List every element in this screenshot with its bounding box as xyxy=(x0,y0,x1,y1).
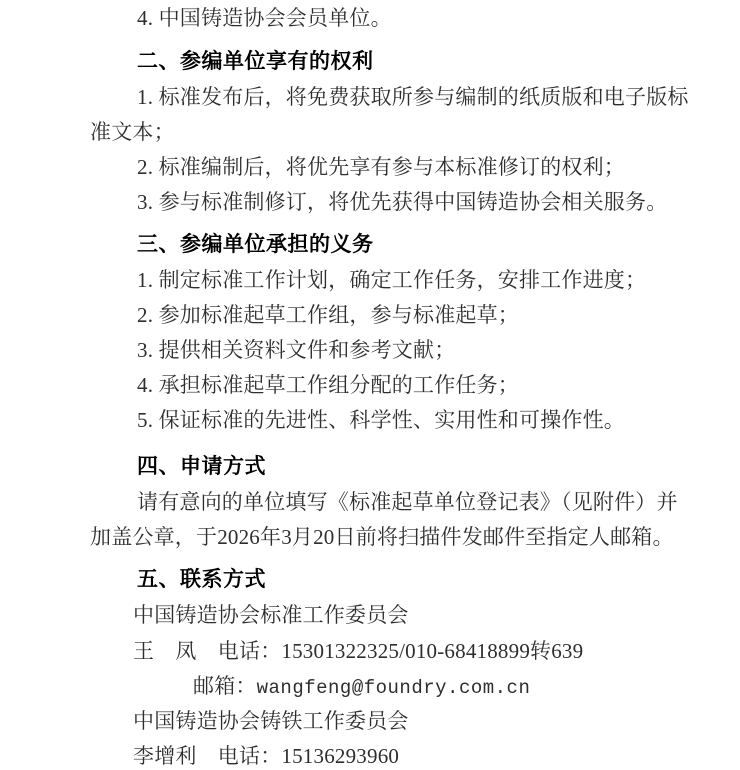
section-heading-contact: 五、联系方式 xyxy=(137,568,266,592)
contact-person-lizengli: 李增利 电话：15136293960 xyxy=(133,744,399,768)
contact-person-wangfeng: 王 凤 电话：15301322325/010-68418899转639 xyxy=(133,639,583,663)
section-heading-obligations: 三、参编单位承担的义务 xyxy=(137,233,374,257)
contact-org-castiron-committee: 中国铸造协会铸铁工作委员会 xyxy=(133,709,409,733)
section-heading-rights: 二、参编单位享有的权利 xyxy=(137,50,374,74)
list-item-right-1-wrap: 准文本； xyxy=(90,120,175,144)
document-page: 4. 中国铸造协会会员单位。 二、参编单位享有的权利 1. 标准发布后，将免费获… xyxy=(0,0,740,770)
contact-email-line: 邮箱：wangfeng@foundry.com.cn xyxy=(193,674,530,700)
paragraph-application-wrap: 加盖公章，于2026年3月20日前将扫描件发邮件至指定人邮箱。 xyxy=(90,525,674,549)
list-item-obligation-2: 2. 参加标准起草工作组，参与标准起草； xyxy=(137,303,519,327)
list-item-obligation-1: 1. 制定标准工作计划，确定工作任务，安排工作进度； xyxy=(137,268,646,292)
list-item-obligation-4: 4. 承担标准起草工作组分配的工作任务； xyxy=(137,373,519,397)
email-address: wangfeng@foundry.com.cn xyxy=(257,677,531,699)
paragraph-application: 请有意向的单位填写《标准起草单位登记表》（见附件）并 xyxy=(137,490,678,514)
list-item-obligation-3: 3. 提供相关资料文件和参考文献； xyxy=(137,338,455,362)
list-item-right-3: 3. 参与标准制修订，将优先获得中国铸造协会相关服务。 xyxy=(137,190,667,214)
list-item-right-2: 2. 标准编制后，将优先享有参与本标准修订的权利； xyxy=(137,155,625,179)
list-item-member-unit: 4. 中国铸造协会会员单位。 xyxy=(137,6,392,30)
contact-org-standards-committee: 中国铸造协会标准工作委员会 xyxy=(133,603,409,627)
email-label: 邮箱： xyxy=(193,674,257,698)
section-heading-application: 四、申请方式 xyxy=(137,455,266,479)
list-item-obligation-5: 5. 保证标准的先进性、科学性、实用性和可操作性。 xyxy=(137,408,625,432)
list-item-right-1: 1. 标准发布后，将免费获取所参与编制的纸质版和电子版标 xyxy=(137,85,689,109)
